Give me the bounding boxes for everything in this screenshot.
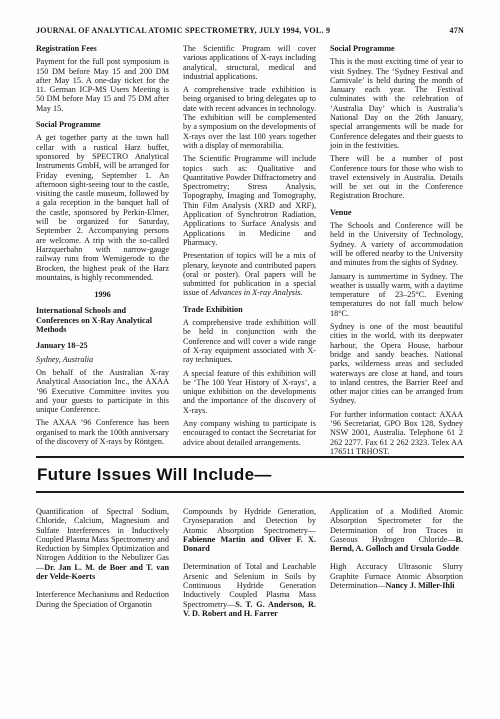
rule-top [36, 456, 464, 458]
section-heading: 1996 [36, 290, 169, 299]
journal-page: JOURNAL OF ANALYTICAL ATOMIC SPECTROMETR… [0, 0, 500, 719]
text-run: For further information contact: AXAA ’9… [330, 410, 463, 456]
text-run: A comprehensive trade exhibition will be… [183, 318, 316, 364]
page-number: 47N [449, 26, 464, 35]
page-header: JOURNAL OF ANALYTICAL ATOMIC SPECTROMETR… [36, 26, 464, 35]
future-issue-item: Interference Mechanisms and Reduction Du… [36, 590, 169, 609]
text-run: Compounds by Hydride Generation, Cryosep… [183, 507, 316, 535]
future-issue-item: High Accuracy Ultrasonic Slurry Graphite… [330, 562, 463, 590]
section-heading: International Schools and Conferences on… [36, 306, 169, 334]
future-issues-title: Future Issues Will Include— [37, 465, 464, 485]
article-column-1: Registration FeesPayment for the full po… [36, 44, 169, 460]
paragraph: Presentation of topics will be a mix of … [183, 251, 316, 297]
paragraph: The Schools and Conference will be held … [330, 221, 463, 267]
paragraph: This is the most exciting time of year t… [330, 57, 463, 150]
text-run: January is summertime in Sydney. The wea… [330, 272, 463, 318]
rule-bottom [36, 491, 464, 493]
paragraph: On behalf of the Australian X-ray Analyt… [36, 368, 169, 414]
paragraph: The AXAA ’96 Conference has been organis… [36, 418, 169, 446]
text-run: The Schools and Conference will be held … [330, 221, 463, 267]
future-issue-item: Application of a Modified Atomic Absorpt… [330, 507, 463, 553]
future-issue-item: Compounds by Hydride Generation, Cryosep… [183, 507, 316, 553]
text-run: 1996 [94, 290, 110, 299]
paragraph: Any company wishing to participate is en… [183, 419, 316, 447]
text-run: Payment for the full post symposium is 1… [36, 57, 169, 112]
text-run: Fabienne Martin and Oliver F. X. Donard [183, 535, 316, 553]
future-issues-section: Future Issues Will Include— Quantificati… [36, 456, 464, 627]
article-column-3: Social ProgrammeThis is the most excitin… [330, 44, 463, 460]
text-run: The Scientific Programme will include to… [183, 154, 316, 247]
section-heading: Venue [330, 208, 463, 217]
paragraph: Sydney is one of the most beautiful citi… [330, 322, 463, 406]
text-run: Social Programme [36, 120, 101, 129]
paragraph: A get together party at the town hall ce… [36, 133, 169, 282]
text-run: International Schools and Conferences on… [36, 306, 152, 334]
text-run: Sydney is one of the most beautiful citi… [330, 322, 463, 405]
text-run: Trade Exhibition [183, 305, 243, 314]
text-run: A special feature of this exhibition wil… [183, 369, 316, 415]
future-issue-item: Quantification of Spectral Sodium, Chlor… [36, 507, 169, 581]
text-run: The Scientific Program will cover variou… [183, 44, 316, 81]
future-column-1: Quantification of Spectral Sodium, Chlor… [36, 507, 169, 627]
paragraph: January is summertime in Sydney. The wea… [330, 272, 463, 318]
paragraph: A special feature of this exhibition wil… [183, 369, 316, 415]
section-heading: Social Programme [36, 120, 169, 129]
text-run: Nancy J. Miller-Ihli [385, 581, 454, 590]
text-run: Sydney, Australia [36, 355, 93, 364]
section-heading: Trade Exhibition [183, 305, 316, 314]
paragraph: A comprehensive trade exhibition will be… [183, 318, 316, 364]
paragraph: The Scientific Program will cover variou… [183, 44, 316, 81]
paragraph: Payment for the full post symposium is 1… [36, 57, 169, 113]
text-run: Venue [330, 208, 352, 217]
text-run: A get together party at the town hall ce… [36, 133, 169, 281]
text-run: Dr. Jan L. M. de Boer and T. van der Vel… [36, 563, 169, 581]
section-heading: January 18–25 [36, 341, 169, 350]
paragraph: The Scientific Programme will include to… [183, 154, 316, 247]
article-columns: Registration FeesPayment for the full po… [36, 44, 464, 460]
text-run: January 18–25 [36, 341, 88, 350]
paragraph: For further information contact: AXAA ’9… [330, 410, 463, 456]
text-run: Interference Mechanisms and Reduction Du… [36, 590, 169, 608]
paragraph: Sydney, Australia [36, 355, 169, 364]
text-run: Social Programme [330, 44, 395, 53]
text-run: Registration Fees [36, 44, 97, 53]
text-run: A comprehensive trade exhibition is bein… [183, 85, 316, 150]
section-heading: Social Programme [330, 44, 463, 53]
paragraph: A comprehensive trade exhibition is bein… [183, 85, 316, 150]
future-issue-item: Determination of Total and Leachable Ars… [183, 562, 316, 618]
future-column-3: Application of a Modified Atomic Absorpt… [330, 507, 463, 627]
text-run: Application of a Modified Atomic Absorpt… [330, 507, 463, 544]
journal-title-line: JOURNAL OF ANALYTICAL ATOMIC SPECTROMETR… [36, 26, 330, 35]
text-run: Any company wishing to participate is en… [183, 419, 316, 447]
future-column-2: Compounds by Hydride Generation, Cryosep… [183, 507, 316, 627]
text-run: There will be a number of post Conferenc… [330, 154, 463, 200]
future-issues-columns: Quantification of Spectral Sodium, Chlor… [36, 507, 464, 627]
text-run: Advances in X-ray Analysis. [210, 288, 302, 297]
text-run: On behalf of the Australian X-ray Analyt… [36, 368, 169, 414]
section-heading: Registration Fees [36, 44, 169, 53]
text-run: The AXAA ’96 Conference has been organis… [36, 418, 169, 446]
article-column-2: The Scientific Program will cover variou… [183, 44, 316, 460]
paragraph: There will be a number of post Conferenc… [330, 154, 463, 200]
text-run: This is the most exciting time of year t… [330, 57, 463, 150]
